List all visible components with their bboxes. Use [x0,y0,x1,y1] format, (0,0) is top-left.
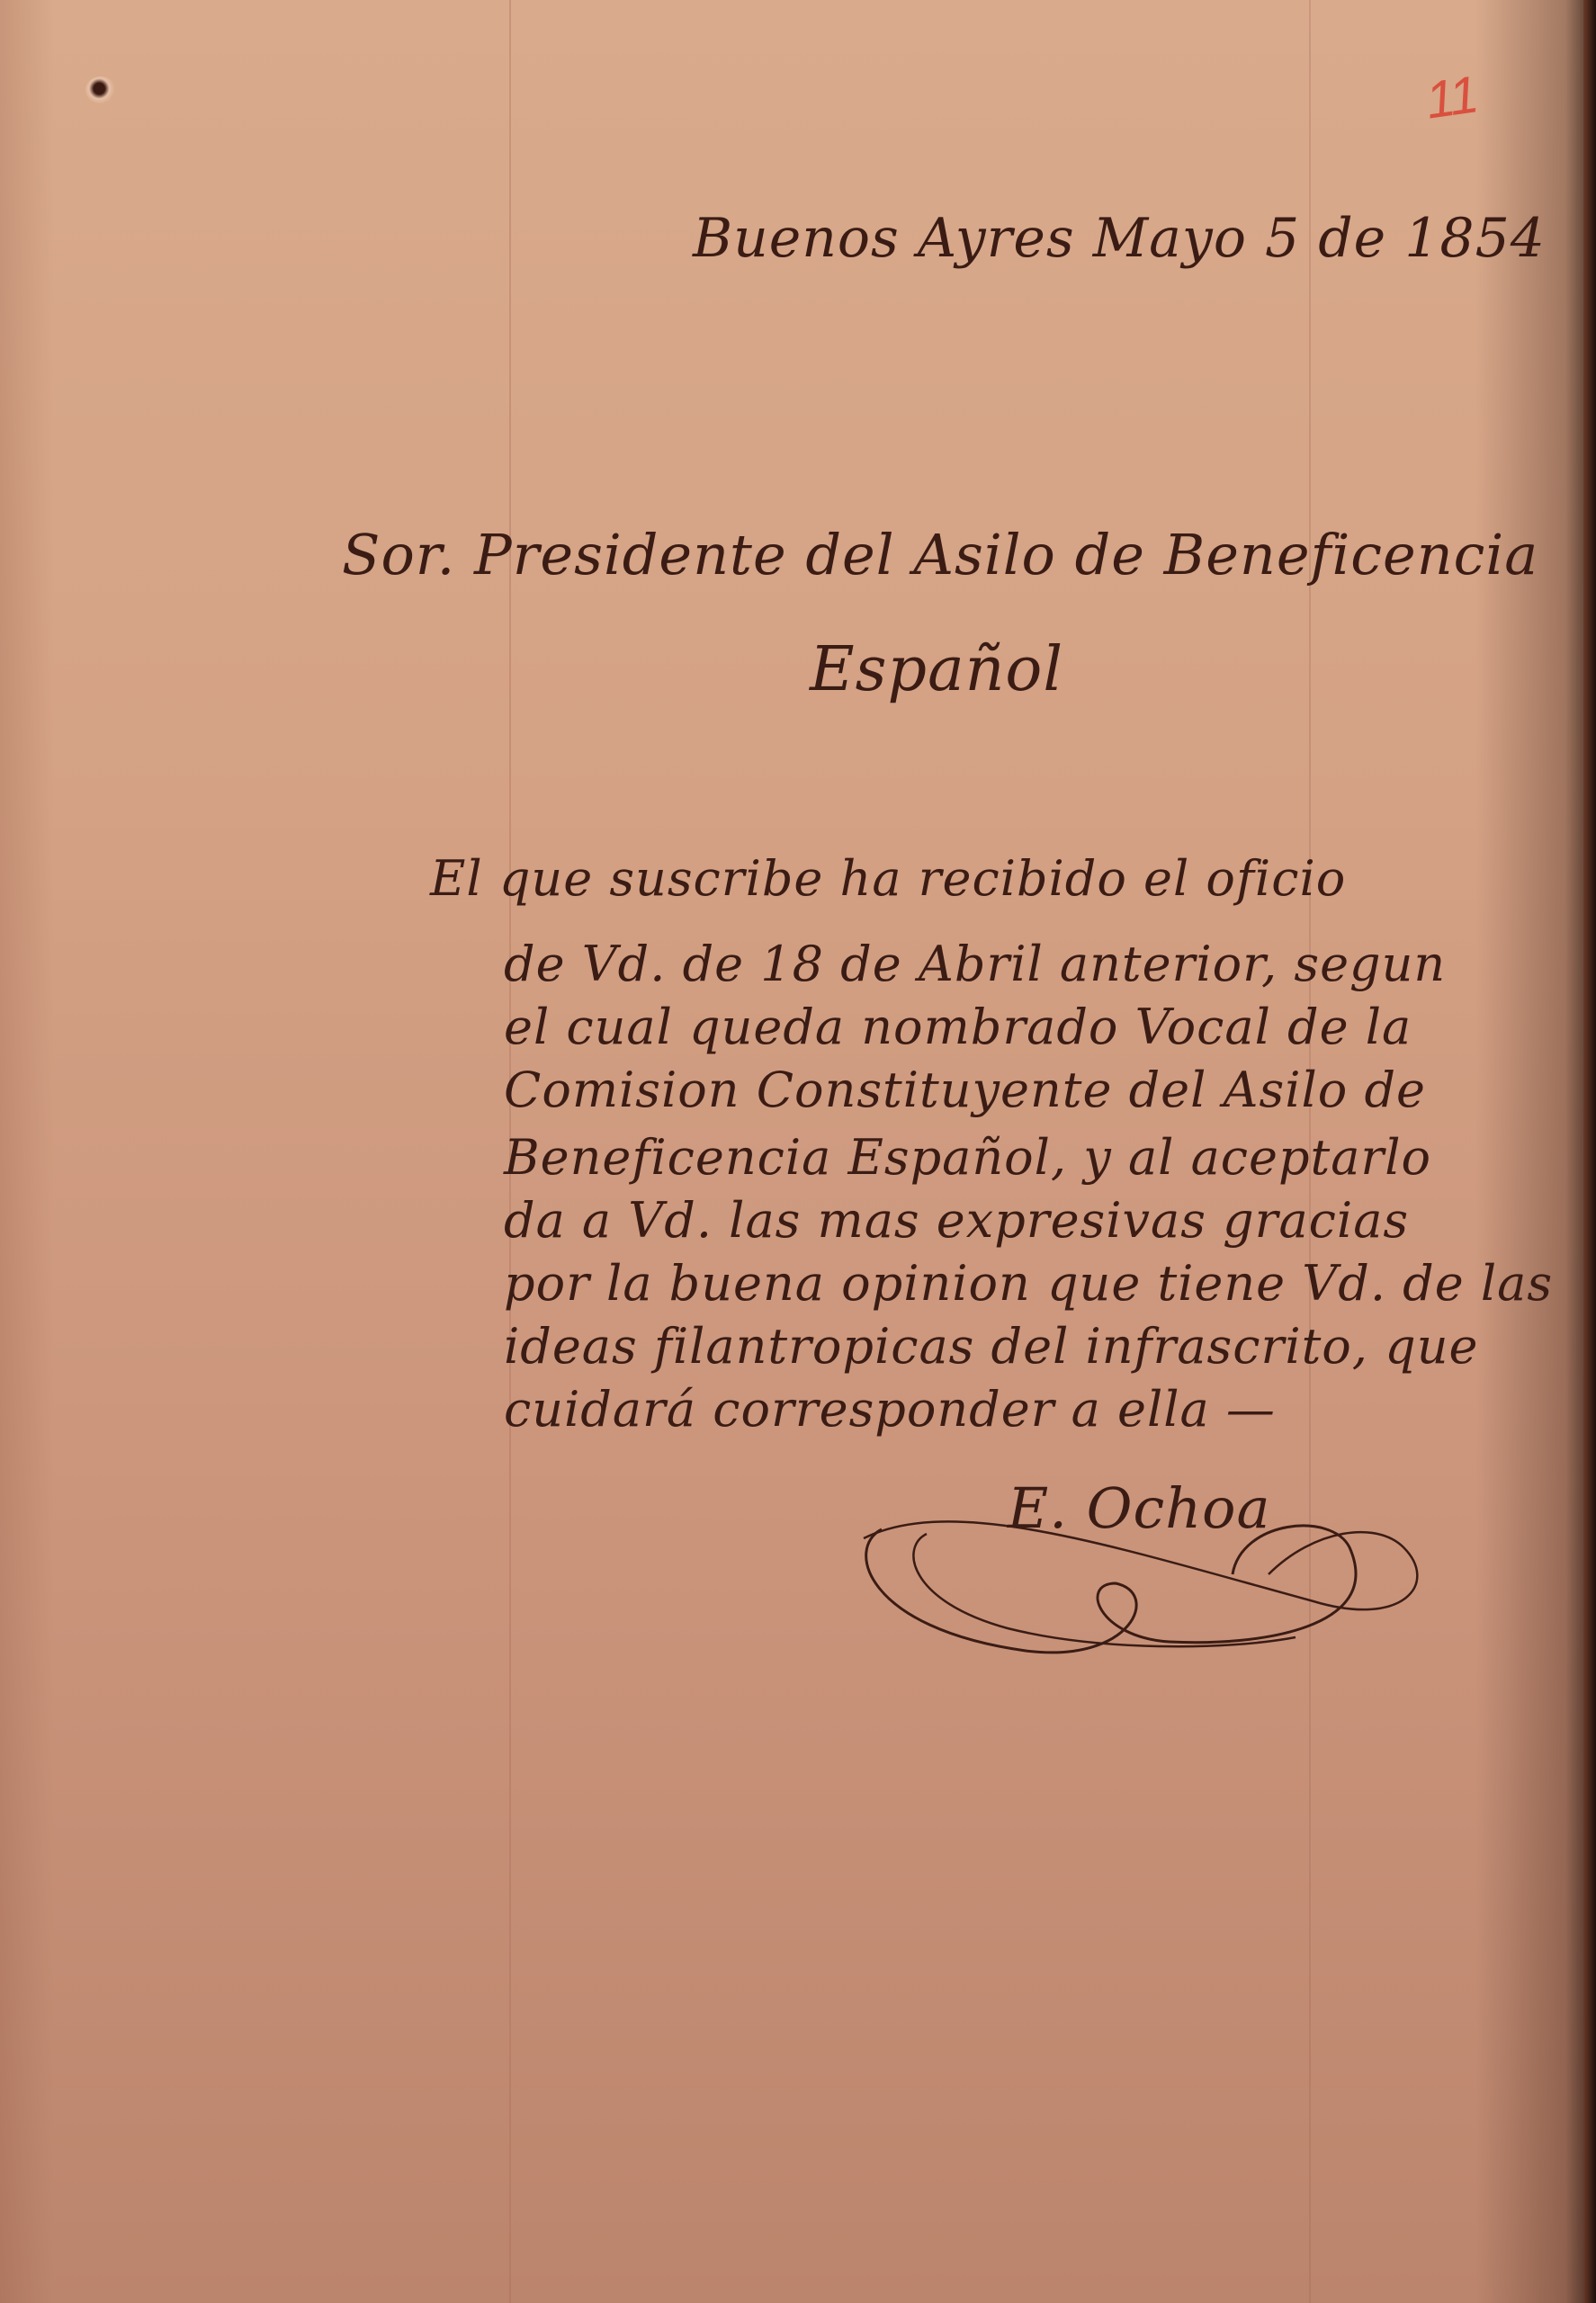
body-line: da a Vd. las mas expresivas gracias [504,1192,1409,1249]
body-line: El que suscribe ha recibido el oficio [430,850,1346,907]
body-line: cuidará corresponder a ella — [504,1381,1276,1438]
body-line: Comision Constituyente del Asilo de [504,1062,1426,1118]
page-edge-shadow [1583,0,1596,2303]
place-and-date: Buenos Ayres Mayo 5 de 1854 [693,207,1546,270]
body-line: Beneficencia Español, y al aceptarlo [504,1129,1431,1186]
body-line: el cual queda nombrado Vocal de la [504,999,1412,1055]
letter-page: 11 Buenos Ayres Mayo 5 de 1854 Sor. Pres… [0,0,1596,2303]
body-line: por la buena opinion que tiene Vd. de la… [504,1255,1553,1312]
body-line: ideas filantropicas del infrascrito, que [504,1318,1478,1375]
addressee-line-2: Español [810,634,1063,705]
signature-flourish-icon [846,1493,1439,1673]
binding-hole [85,76,116,103]
body-line: de Vd. de 18 de Abril anterior, segun [504,936,1446,992]
archive-number: 11 [1422,64,1481,130]
addressee-line-1: Sor. Presidente del Asilo de Beneficenci… [342,522,1538,587]
